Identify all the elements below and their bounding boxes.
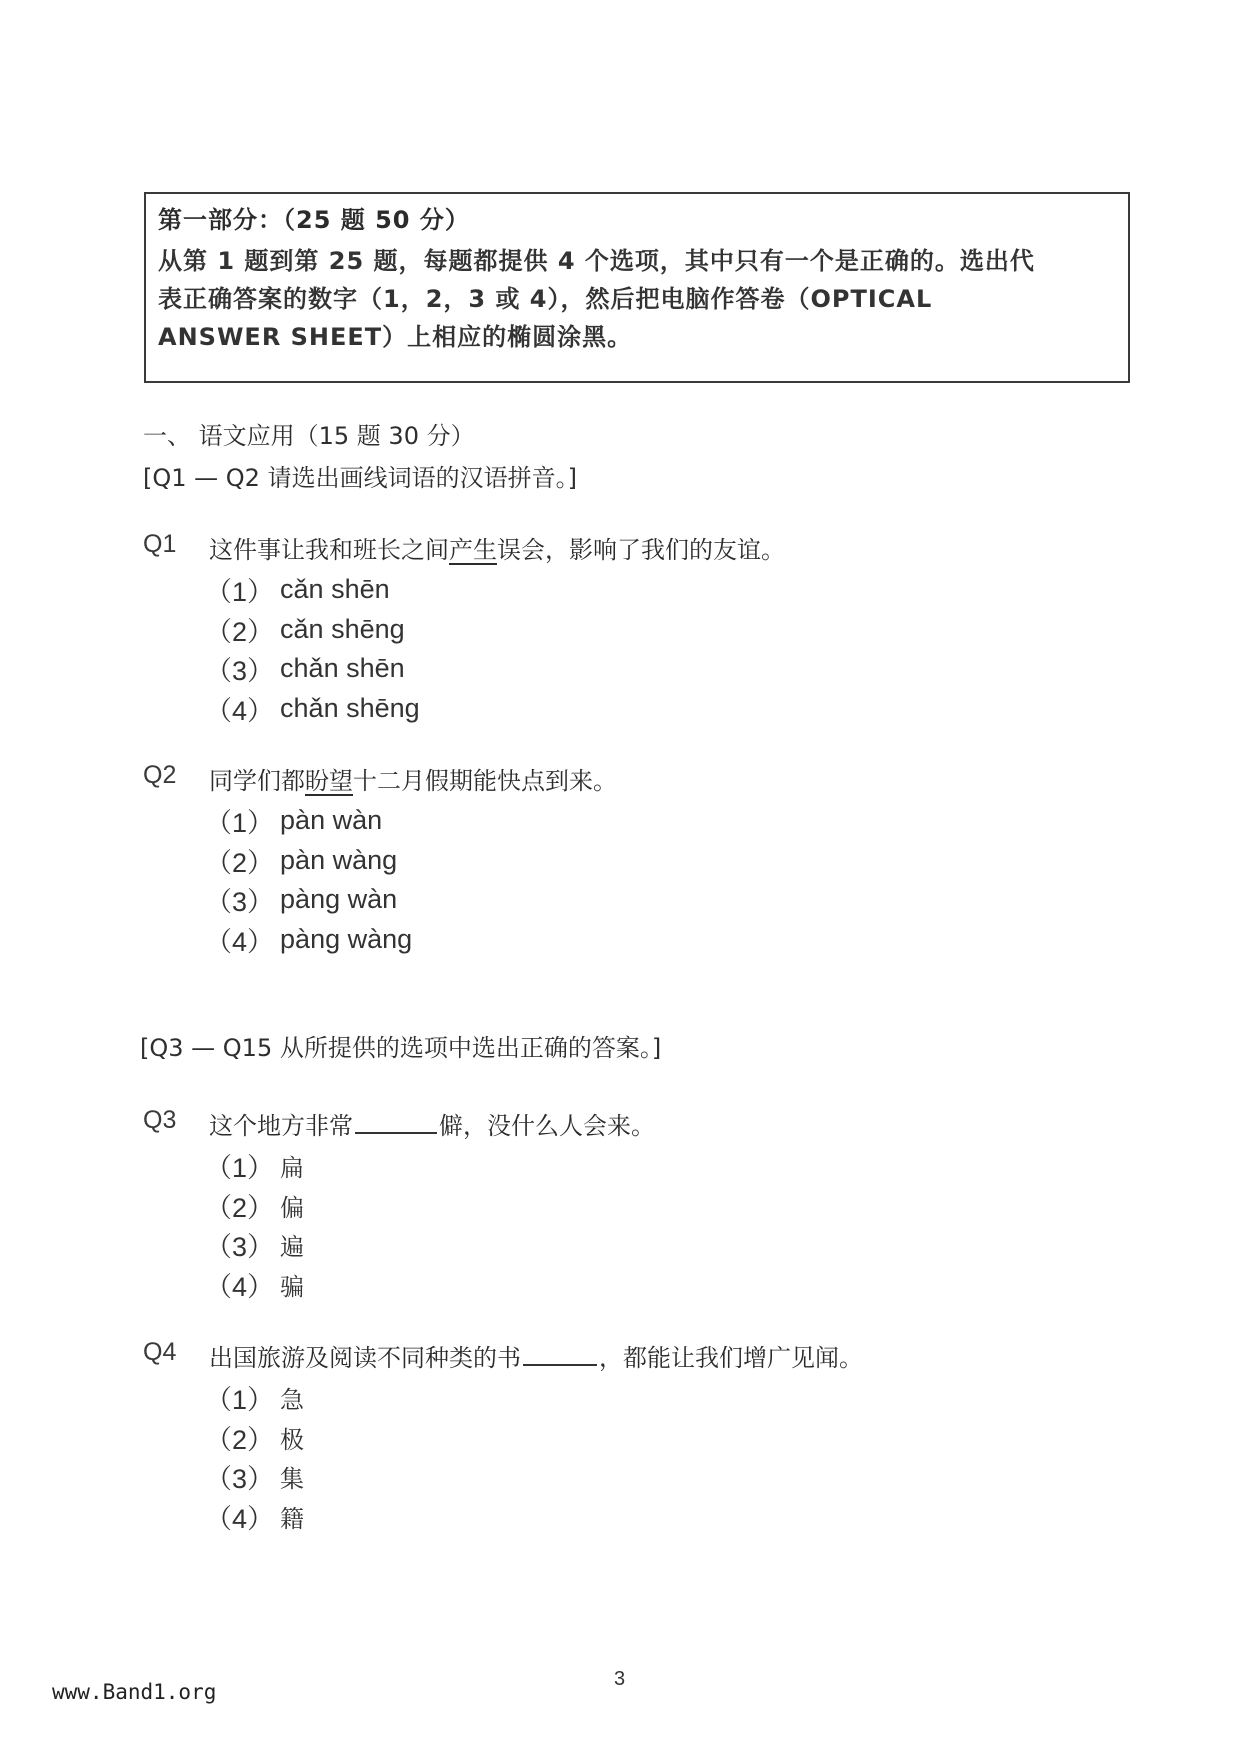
option-number: （1） xyxy=(205,570,274,609)
question-text-after: 十二月假期能快点到来。 xyxy=(353,767,617,795)
option-text: chǎn shēng xyxy=(280,693,420,724)
option-number: （3） xyxy=(205,1225,274,1264)
footer-url: www.Band1.org xyxy=(52,1680,216,1704)
option-text: 遍 xyxy=(280,1227,304,1262)
option-text: 集 xyxy=(280,1459,304,1494)
option-2: （2）cǎn shēng xyxy=(205,610,420,650)
option-text: chǎn shēn xyxy=(280,653,405,684)
instructions-line: ANSWER SHEET）上相应的椭圆涂黑。 xyxy=(158,318,1118,356)
option-4: （4）chǎn shēng xyxy=(205,689,420,729)
option-number: （3） xyxy=(205,880,274,919)
option-4: （4）骗 xyxy=(205,1265,304,1305)
option-2: （2）偏 xyxy=(205,1186,304,1226)
option-text: 籍 xyxy=(280,1499,304,1534)
question-text-after: ，都能让我们增广见闻。 xyxy=(599,1344,863,1372)
option-3: （3）集 xyxy=(205,1457,304,1497)
option-text: 偏 xyxy=(280,1188,304,1223)
option-text: pàng wàng xyxy=(280,924,412,955)
option-number: （4） xyxy=(205,1265,274,1304)
option-number: （2） xyxy=(205,1418,274,1457)
option-3: （3）chǎn shēn xyxy=(205,649,420,689)
option-number: （2） xyxy=(205,841,274,880)
option-number: （1） xyxy=(205,801,274,840)
option-number: （2） xyxy=(205,1186,274,1225)
option-1: （1）cǎn shēn xyxy=(205,570,420,610)
option-number: （4） xyxy=(205,689,274,728)
option-text: pàn wàng xyxy=(280,845,397,876)
option-number: （4） xyxy=(205,920,274,959)
option-list: （1）cǎn shēn （2）cǎn shēng （3）chǎn shēn （4… xyxy=(205,570,420,728)
question-text-before: 这个地方非常 xyxy=(209,1112,353,1140)
option-text: 扁 xyxy=(280,1148,304,1183)
answer-blank xyxy=(523,1342,597,1366)
part-title: 第一部分：（25 题 50 分） xyxy=(158,200,470,235)
instructions-line: 表正确答案的数字（1，2，3 或 4），然后把电脑作答卷（OPTICAL xyxy=(158,280,1118,318)
instructions-line: 从第 1 题到第 25 题，每题都提供 4 个选项，其中只有一个是正确的。选出代 xyxy=(158,242,1118,280)
option-2: （2）pàn wàng xyxy=(205,841,412,881)
option-number: （3） xyxy=(205,649,274,688)
option-list: （1）扁 （2）偏 （3）遍 （4）骗 xyxy=(205,1146,304,1304)
option-text: pàn wàn xyxy=(280,805,382,836)
instructions-box: 第一部分：（25 题 50 分） 从第 1 题到第 25 题，每题都提供 4 个… xyxy=(144,192,1130,383)
question-text-before: 同学们都 xyxy=(209,767,305,795)
option-text: 急 xyxy=(280,1380,304,1415)
option-1: （1）扁 xyxy=(205,1146,304,1186)
question-text: 同学们都盼望十二月假期能快点到来。 xyxy=(209,761,617,796)
option-3: （3）pàng wàn xyxy=(205,880,412,920)
question-label: Q4 xyxy=(143,1338,176,1367)
option-number: （1） xyxy=(205,1378,274,1417)
option-text: pàng wàn xyxy=(280,884,397,915)
option-4: （4）籍 xyxy=(205,1497,304,1537)
page-number: 3 xyxy=(614,1668,625,1691)
question-text: 这个地方非常僻，没什么人会来。 xyxy=(209,1106,655,1141)
option-number: （2） xyxy=(205,610,274,649)
option-text: cǎn shēn xyxy=(280,574,390,605)
option-4: （4）pàng wàng xyxy=(205,920,412,960)
exam-page: 第一部分：（25 题 50 分） 从第 1 题到第 25 题，每题都提供 4 个… xyxy=(0,0,1239,1754)
question-text: 出国旅游及阅读不同种类的书，都能让我们增广见闻。 xyxy=(209,1338,863,1373)
option-number: （4） xyxy=(205,1497,274,1536)
answer-blank xyxy=(355,1110,437,1134)
instructions-body: 从第 1 题到第 25 题，每题都提供 4 个选项，其中只有一个是正确的。选出代… xyxy=(158,242,1118,356)
option-1: （1）急 xyxy=(205,1378,304,1418)
question-label: Q3 xyxy=(143,1106,176,1135)
option-list: （1）pàn wàn （2）pàn wàng （3）pàng wàn （4）pà… xyxy=(205,801,412,959)
option-text: 骗 xyxy=(280,1267,304,1302)
underlined-word: 产生 xyxy=(449,536,497,564)
section-note-q1-q2: [Q1 — Q2 请选出画线词语的汉语拼音。] xyxy=(143,458,577,493)
section-heading: 一、 语文应用（15 题 30 分） xyxy=(143,416,475,451)
option-text: cǎn shēng xyxy=(280,614,405,645)
question-text: 这件事让我和班长之间产生误会，影响了我们的友谊。 xyxy=(209,530,785,565)
question-text-before: 出国旅游及阅读不同种类的书 xyxy=(209,1344,521,1372)
option-number: （3） xyxy=(205,1457,274,1496)
option-2: （2）极 xyxy=(205,1418,304,1458)
question-text-after: 误会，影响了我们的友谊。 xyxy=(497,536,785,564)
option-list: （1）急 （2）极 （3）集 （4）籍 xyxy=(205,1378,304,1536)
question-label: Q1 xyxy=(143,530,176,559)
question-text-after: 僻，没什么人会来。 xyxy=(439,1112,655,1140)
section-note-q3-q15: [Q3 — Q15 从所提供的选项中选出正确的答案。] xyxy=(140,1028,661,1063)
option-number: （1） xyxy=(205,1146,274,1185)
option-3: （3）遍 xyxy=(205,1225,304,1265)
question-label: Q2 xyxy=(143,761,176,790)
question-text-before: 这件事让我和班长之间 xyxy=(209,536,449,564)
option-text: 极 xyxy=(280,1420,304,1455)
option-1: （1）pàn wàn xyxy=(205,801,412,841)
underlined-word: 盼望 xyxy=(305,767,353,795)
